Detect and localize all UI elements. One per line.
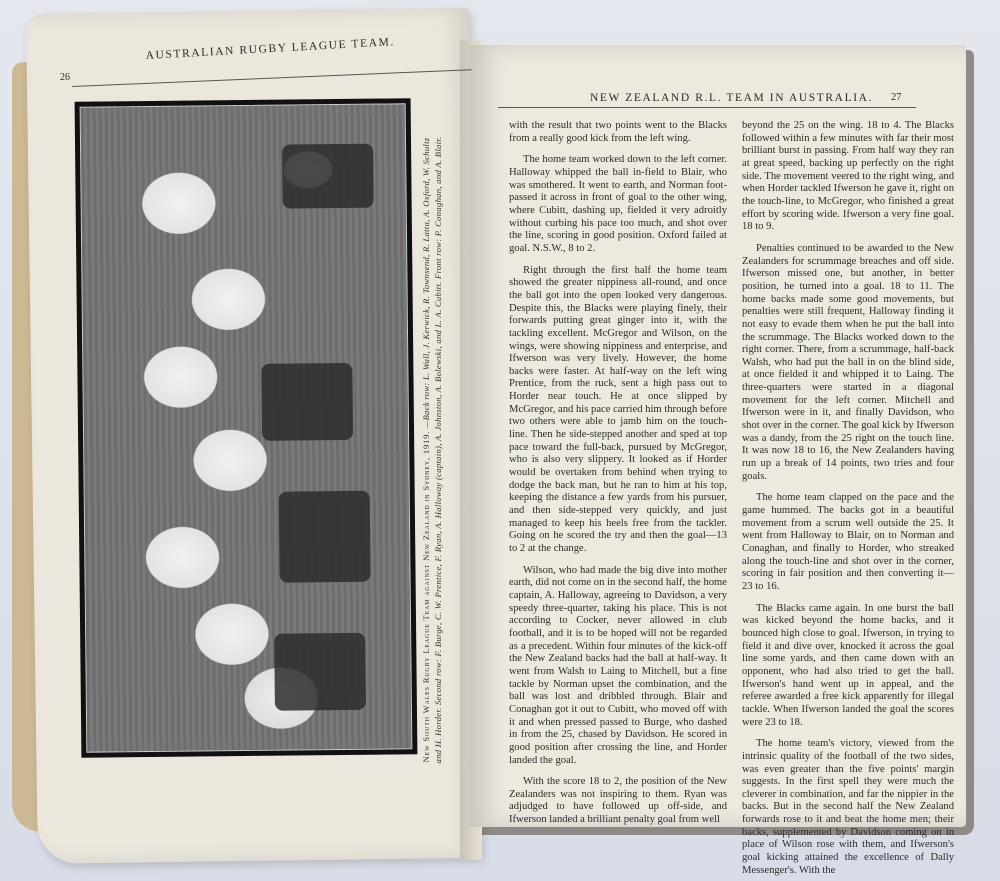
- photo-shadow-region: [262, 362, 354, 440]
- paragraph: With the score 18 to 2, the position of …: [509, 776, 727, 827]
- team-photo-icon: [80, 103, 413, 752]
- paragraph: The Blacks came again. In one burst the …: [742, 603, 954, 730]
- paragraph: Penalties continued to be awarded to the…: [742, 243, 954, 483]
- page-number-left: 26: [60, 72, 70, 83]
- photo-shadow-region: [274, 633, 366, 711]
- paragraph: beyond the 25 on the wing. 18 to 4. The …: [742, 120, 954, 234]
- page-number-right: 27: [891, 92, 902, 103]
- paragraph: with the result that two points went to …: [509, 120, 727, 145]
- text-column-right: beyond the 25 on the wing. 18 to 4. The …: [742, 120, 954, 881]
- photo-shadow-region: [279, 491, 371, 582]
- caption-title: New South Wales Rugby League Team agains…: [421, 431, 431, 763]
- paragraph: The home team's victory, viewed from the…: [742, 738, 954, 877]
- team-photo-frame: [75, 98, 418, 757]
- paragraph: Wilson, who had made the big dive into m…: [509, 565, 727, 768]
- header-rule-right: [498, 107, 916, 108]
- paragraph: The home team clapped on the pace and th…: [742, 492, 954, 593]
- photo-caption: New South Wales Rugby League Team agains…: [420, 130, 480, 770]
- paragraph: Right through the first half the home te…: [509, 265, 727, 556]
- photo-shadow-region: [282, 143, 373, 208]
- paragraph: The home team worked down to the left co…: [509, 154, 727, 255]
- text-column-left: with the result that two points went to …: [509, 120, 727, 836]
- running-head-right: NEW ZEALAND R.L. TEAM IN AUSTRALIA.: [590, 92, 873, 104]
